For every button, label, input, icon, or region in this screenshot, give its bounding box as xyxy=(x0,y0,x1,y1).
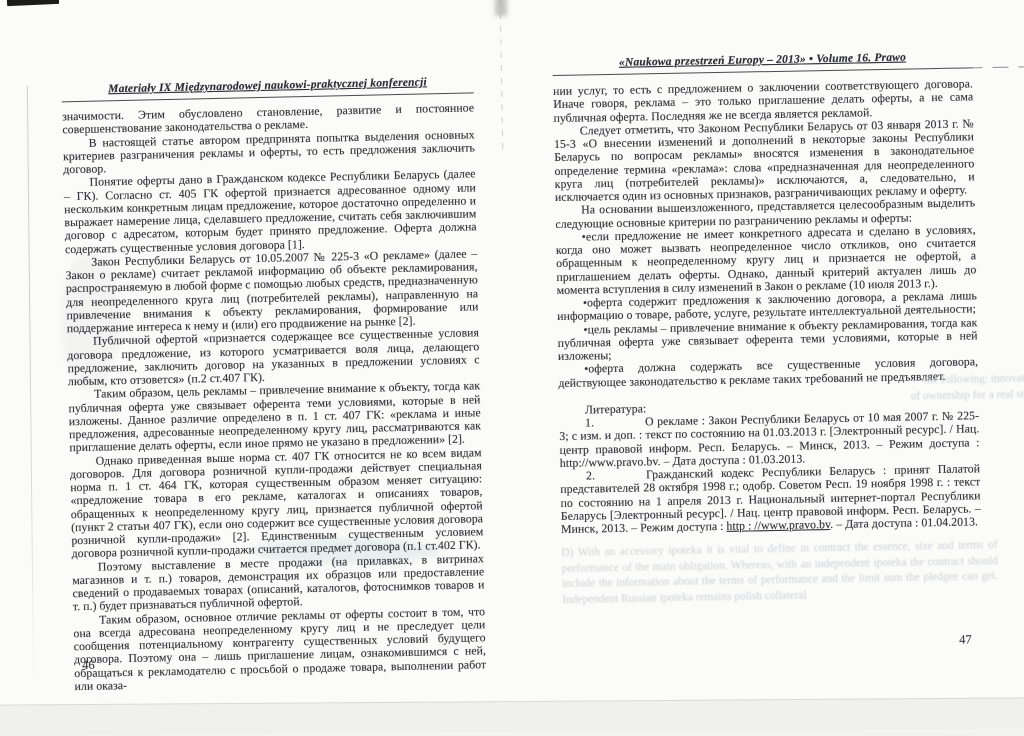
paragraph: Поэтому выставление в месте продажи (на … xyxy=(72,552,485,614)
reference-text: . – Дата доступа : 01.04.2013. xyxy=(830,514,978,531)
header-rule-dashes xyxy=(915,66,1024,69)
gutter-fold-line xyxy=(500,0,504,150)
left-page: Materiały IX Międzynarodowej naukowi-pra… xyxy=(21,53,505,713)
right-page-text-column: нии услуг, то есть с предложением о закл… xyxy=(553,77,981,536)
scanned-book-spread: Materiały IX Międzynarodowej naukowi-pra… xyxy=(0,0,1024,724)
paragraph: Следует отметить, что Законом Республики… xyxy=(554,117,975,204)
paragraph: Таким образом, цель рекламы – привлечени… xyxy=(68,380,481,455)
right-page: «Naukowa przestrzeń Europy – 2013» • Vol… xyxy=(526,26,1024,695)
paragraph: Таким образом, основное отличие рекламы … xyxy=(73,605,487,693)
reference-url: http : //www.pravo.bv xyxy=(726,517,830,533)
left-running-header: Materiały IX Międzynarodowej naukowi-pra… xyxy=(61,71,473,102)
right-running-header: «Naukowa przestrzeń Europy – 2013» • Vol… xyxy=(552,46,972,76)
bullet-item: •оферта должна содержать все существенны… xyxy=(558,356,978,390)
paragraph: Понятие оферты дано в Гражданском кодекс… xyxy=(63,168,477,256)
page-number-right: 47 xyxy=(959,632,972,647)
bleed-through-text: D) With an accessory ipoteka it is vital… xyxy=(561,538,998,608)
fold-smudge xyxy=(495,0,507,16)
paragraph: Закон Республики Беларусь от 10.05.2007 … xyxy=(65,247,479,335)
reference-item: 1.О рекламе : Закон Республики Беларусь … xyxy=(559,409,980,470)
bullet-item: •если предложение не имеет конкретного а… xyxy=(556,223,977,297)
reference-item: 2.Гражданский кодекс Республики Беларусь… xyxy=(560,462,981,536)
right-running-header-text: «Naukowa przestrzeń Europy – 2013» • Vol… xyxy=(619,52,906,69)
page-number-left: 46 xyxy=(82,658,95,673)
paragraph: Однако приведенная выше норма ст. 407 ГК… xyxy=(70,446,484,561)
scan-corner-mark xyxy=(7,0,59,6)
left-page-text-column: значимости. Этим обусловлено становление… xyxy=(62,101,487,693)
left-running-header-text: Materiały IX Międzynarodowej naukowi-pra… xyxy=(108,76,427,95)
